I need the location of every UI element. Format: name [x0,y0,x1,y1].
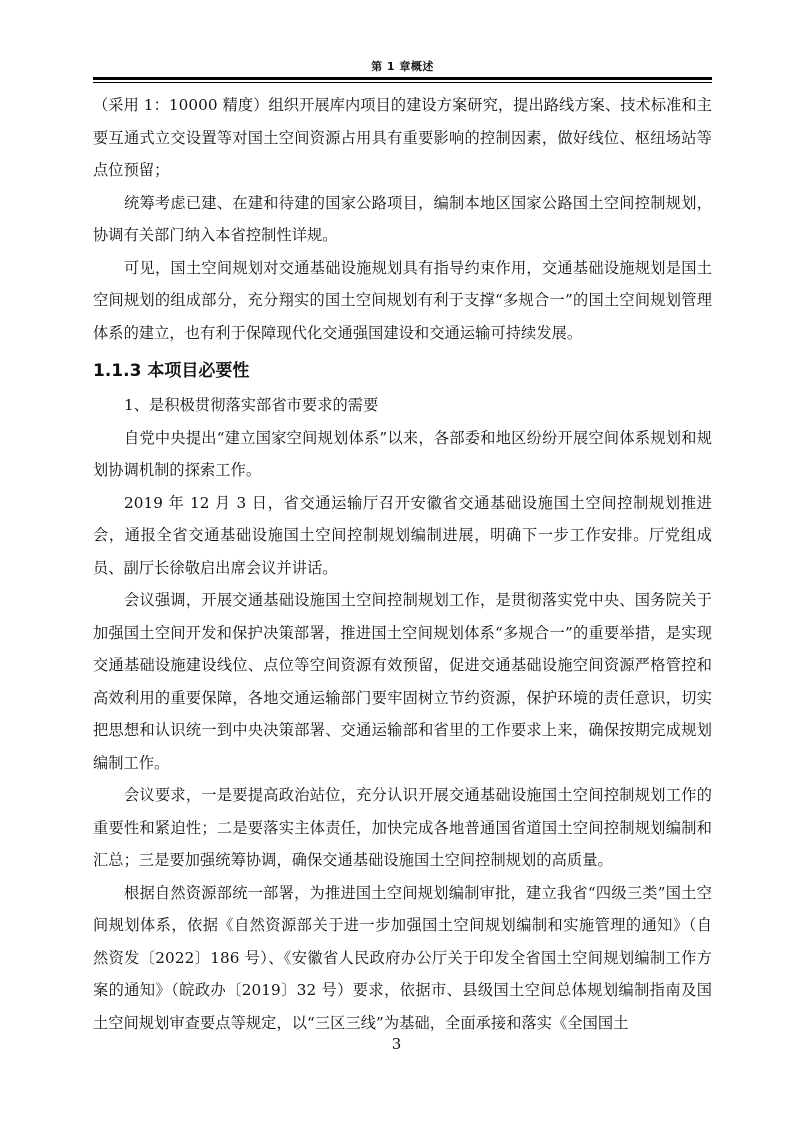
paragraph: 统筹考虑已建、在建和待建的国家公路项目，编制本地区国家公路国土空间控制规划，协调… [93,187,712,252]
paragraph: 会议要求，一是要提高政治站位，充分认识开展交通基础设施国土空间控制规划工作的重要… [93,779,712,877]
page-number: 3 [0,1035,793,1053]
page-body: （采用 1：10000 精度）组织开展库内项目的建设方案研究，提出路线方案、技术… [93,89,712,1039]
header-rule-thick [93,77,712,80]
paragraph: 2019 年 12 月 3 日，省交通运输厅召开安徽省交通基础设施国土空间控制规… [93,487,712,585]
paragraph: 会议强调，开展交通基础设施国土空间控制规划工作，是贯彻落实党中央、国务院关于加强… [93,584,712,779]
paragraph-continued: （采用 1：10000 精度）组织开展库内项目的建设方案研究，提出路线方案、技术… [93,89,712,187]
paragraph: 自党中央提出“建立国家空间规划体系”以来，各部委和地区纷纷开展空间体系规划和规划… [93,422,712,487]
paragraph: 根据自然资源部统一部署，为推进国土空间规划编制审批，建立我省“四级三类”国土空间… [93,877,712,1040]
header-rule-thin [93,82,712,83]
list-item-heading: 1、是积极贯彻落实部省市要求的需要 [93,389,712,422]
section-heading: 1.1.3 本项目必要性 [93,353,712,389]
paragraph: 可见，国土空间规划对交通基础设施规划具有指导约束作用，交通基础设施规划是国土空间… [93,252,712,350]
running-header-chapter-title: 第 1 章概述 [93,58,712,74]
